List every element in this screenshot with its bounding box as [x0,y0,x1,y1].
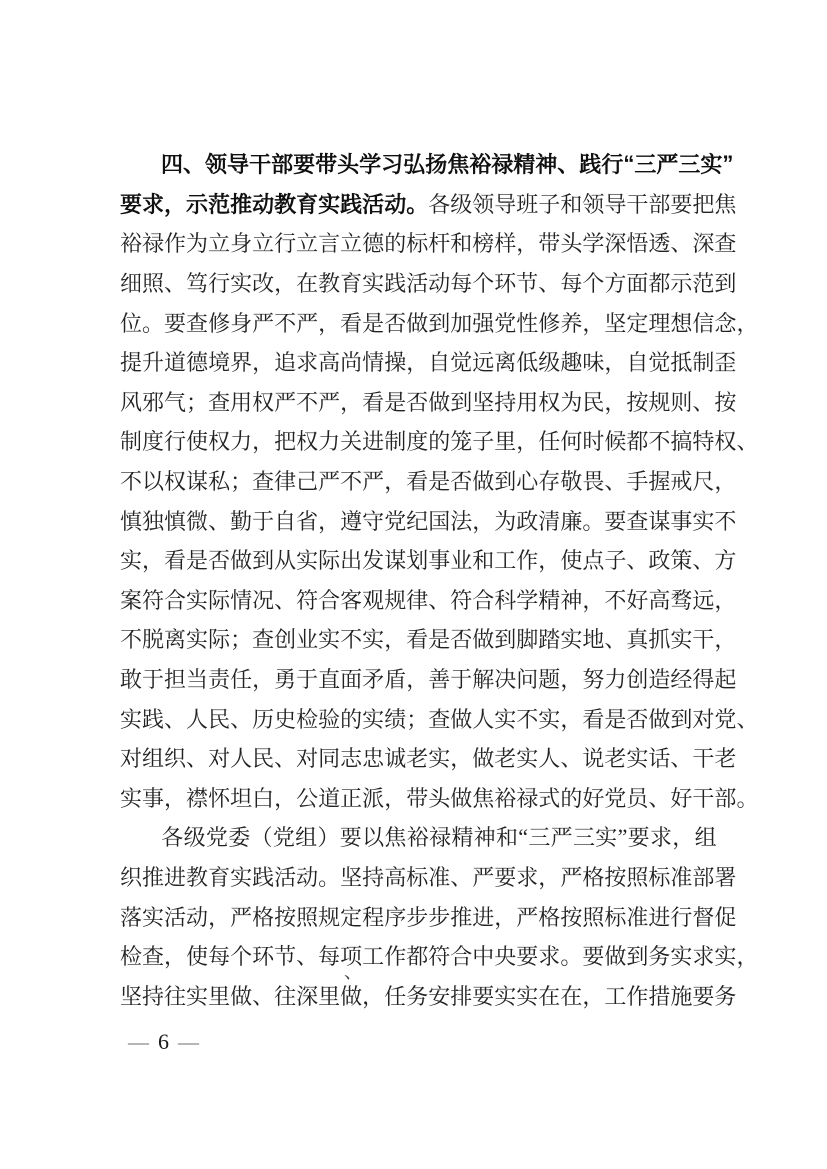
body-glyph: ， [516,425,538,456]
body-glyph: 道 [318,782,340,813]
body-glyph: 理 [648,307,670,338]
heading-glyph: 活 [362,188,384,219]
body-glyph: 搞 [670,425,692,456]
heading-glyph: “ [623,151,634,177]
body-glyph: 言 [318,227,340,258]
body-glyph: 到 [626,940,648,971]
text-line: 实，看是否做到从实际出发谋划事业和工作，使点子、政策、方 [120,540,717,580]
body-glyph: ， [604,346,626,377]
body-glyph: 使 [186,425,208,456]
body-glyph: 。 [736,782,758,813]
body-glyph: 里 [208,980,230,1011]
body-glyph: 要 [692,980,714,1011]
body-glyph: 做 [472,742,494,773]
heading-glyph: 习 [381,148,403,179]
body-glyph: 节 [516,267,538,298]
body-glyph: 级 [538,346,560,377]
body-glyph: 实 [538,703,560,734]
body-glyph: 问 [516,663,538,694]
body-glyph: 民 [252,742,274,773]
body-glyph: 务 [648,940,670,971]
body-glyph: 创 [626,663,648,694]
body-glyph: 查 [714,227,736,258]
heading-glyph: 践 [340,188,362,219]
body-glyph: 要 [670,188,692,219]
body-glyph: 。 [318,861,340,892]
body-glyph: 组 [295,821,317,852]
body-glyph: 和 [496,821,518,852]
body-glyph: 追 [274,346,296,377]
body-glyph: 史 [274,703,296,734]
body-glyph: 看 [164,544,186,575]
body-glyph: 人 [186,703,208,734]
body-glyph: 程 [362,901,384,932]
body-glyph: 歪 [714,346,736,377]
body-glyph: 从 [274,544,296,575]
body-glyph: 点 [582,544,604,575]
text-line: 制度行使权力，把权力关进制度的笼子里，任何时候都不搞特权、 [120,421,717,461]
body-glyph: 。 [560,940,582,971]
body-glyph: 到 [494,465,516,496]
body-glyph: ， [450,742,472,773]
heading-glyph: 神 [535,148,557,179]
body-glyph: 坚 [472,386,494,417]
body-glyph: ， [538,544,560,575]
text-line: 敢于担当责任，勇于直面矛盾，善于解决问题，努力创造经得起 [120,659,717,699]
body-glyph: 到 [714,267,736,298]
body-glyph: 党 [384,505,406,536]
body-glyph: 动 [428,267,450,298]
body-glyph: 式 [538,782,560,813]
body-glyph: 为 [560,386,582,417]
heading-glyph: 领 [205,148,227,179]
body-glyph: 个 [582,267,604,298]
body-glyph: 是 [428,623,450,654]
body-glyph: 担 [164,663,186,694]
body-glyph: 照 [626,861,648,892]
body-glyph: 微 [186,505,208,536]
body-glyph: 于 [142,663,164,694]
body-glyph: 符 [142,584,164,615]
body-glyph: 实 [362,703,384,734]
body-glyph: 志 [340,742,362,773]
heading-glyph: 三 [678,148,700,179]
body-glyph: 任 [384,980,406,1011]
body-glyph: 在 [296,267,318,298]
body-glyph: 的 [560,782,582,813]
body-glyph: 践 [252,861,274,892]
body-glyph: 。 [582,505,604,536]
body-glyph: 严 [560,861,582,892]
body-glyph: 、 [252,980,274,1011]
body-glyph: 对 [692,703,714,734]
document-page: 四、领导干部要带头学习弘扬焦裕禄精神、践行“三严三实”要求，示范推动教育实践活动… [0,0,827,1169]
body-glyph: 实 [120,782,142,813]
body-glyph: 客 [340,584,362,615]
body-glyph: 禄 [429,821,451,852]
body-glyph: 环 [494,267,516,298]
body-glyph: 否 [208,544,230,575]
body-glyph: 私 [208,465,230,496]
page-number: 6 [158,1029,169,1055]
body-glyph: 老 [604,742,626,773]
stray-pause-mark: 、 [344,958,362,984]
body-glyph: 、 [692,386,714,417]
body-glyph: 部 [692,861,714,892]
body-glyph: 脚 [516,623,538,654]
body-glyph: 做 [604,940,626,971]
body-glyph: 低 [516,346,538,377]
text-line: 四、领导干部要带头学习弘扬焦裕禄精神、践行“三严三实” [120,144,717,184]
heading-glyph: ， [164,188,186,219]
body-glyph: 党 [604,782,626,813]
body-glyph: “ [518,824,528,850]
body-glyph: 查 [186,307,208,338]
body-glyph: 严 [230,901,252,932]
page-footer: — 6 — [128,1029,199,1055]
body-glyph: 照 [142,267,164,298]
body-glyph: 行 [670,901,692,932]
body-glyph: 进 [648,901,670,932]
body-glyph: 规 [384,584,406,615]
text-line: 提升道德境界，追求高尚情操，自觉远离低级趣味，自觉抵制歪 [120,342,717,382]
body-glyph: 做 [340,980,362,1011]
body-glyph: 员 [626,782,648,813]
body-glyph: ， [318,505,340,536]
body-glyph: 干 [692,742,714,773]
body-glyph: 活 [406,267,428,298]
heading-glyph: 严 [656,148,678,179]
body-glyph: 每 [208,940,230,971]
body-glyph: ； [230,465,252,496]
body-glyph: ） [317,821,339,852]
body-glyph: 实 [362,623,384,654]
body-glyph: 律 [274,465,296,496]
body-glyph: 对 [208,742,230,773]
body-glyph: 立 [252,227,274,258]
heading-glyph: 动 [252,188,274,219]
body-glyph: 地 [582,623,604,654]
body-glyph: 到 [252,544,274,575]
body-glyph: 老 [714,742,736,773]
text-line: 织推进教育实践活动。坚持高标准、严要求，严格按照标准部署 [120,857,717,897]
body-glyph: 三 [528,821,550,852]
body-glyph: 尺 [692,465,714,496]
text-line: 检查，使每个环节、每项工作都符合中央要求。要做到务实求实， [120,936,717,976]
body-glyph: 、 [736,425,758,456]
body-glyph: 解 [472,663,494,694]
body-glyph: ， [714,623,736,654]
text-line: 风邪气；查用权严不严，看是否做到坚持用权为民，按规则、按 [120,382,717,422]
body-glyph: 制 [120,425,142,456]
body-glyph: 权 [296,425,318,456]
body-glyph: 派 [362,782,384,813]
body-glyph: 看 [406,623,428,654]
body-glyph: 带 [538,227,560,258]
body-glyph: 脱 [142,623,164,654]
body-glyph: 人 [538,742,560,773]
body-glyph: 到 [494,623,516,654]
body-glyph: 求 [650,821,672,852]
body-glyph: 不 [516,703,538,734]
body-glyph: 味 [582,346,604,377]
body-glyph: 级 [184,821,206,852]
text-line: 不脱离实际；查创业实不实，看是否做到脚踏实地、真抓实干， [120,619,717,659]
body-glyph: 到 [428,307,450,338]
body-glyph: 合 [472,584,494,615]
heading-glyph: 精 [513,148,535,179]
body-glyph: 都 [626,425,648,456]
body-glyph: 直 [318,663,340,694]
body-glyph: 署 [714,861,736,892]
body-glyph: 白 [252,782,274,813]
body-glyph: 业 [450,544,472,575]
body-glyph: 实 [670,940,692,971]
body-glyph: 养 [560,307,582,338]
body-glyph: 每 [450,267,472,298]
body-glyph: 方 [604,267,626,298]
body-glyph: 襟 [186,782,208,813]
body-glyph: 准 [428,861,450,892]
body-glyph: 对 [120,742,142,773]
body-glyph: 推 [142,861,164,892]
body-glyph: 信 [692,307,714,338]
body-glyph: 面 [626,267,648,298]
body-glyph: 道 [164,346,186,377]
body-glyph: ， [252,663,274,694]
body-glyph: 度 [142,425,164,456]
body-glyph: 禄 [516,782,538,813]
body-glyph: 谋 [186,465,208,496]
body-glyph: ， [736,307,758,338]
heading-glyph: 要 [293,148,315,179]
body-glyph: 绩 [384,703,406,734]
body-glyph: 实 [516,742,538,773]
body-glyph: 、 [428,584,450,615]
body-glyph: 政 [516,505,538,536]
body-glyph: 格 [252,901,274,932]
body-glyph: 实 [142,901,164,932]
body-glyph: 作 [384,940,406,971]
body-glyph: 神 [474,821,496,852]
body-glyph: 使 [560,544,582,575]
body-glyph: 促 [714,901,736,932]
body-glyph: 合 [450,940,472,971]
body-glyph: 老 [406,742,428,773]
body-glyph: 尚 [340,346,362,377]
body-glyph: 忠 [362,742,384,773]
body-glyph: 严 [252,307,274,338]
body-glyph: 骛 [670,584,692,615]
body-glyph: 是 [384,386,406,417]
body-glyph: 和 [472,544,494,575]
body-glyph: 工 [604,980,626,1011]
body-glyph: 己 [296,465,318,496]
heading-glyph: 践 [579,148,601,179]
body-glyph: 存 [538,465,560,496]
body-glyph: 抓 [648,623,670,654]
text-line: 位。要查修身严不严，看是否做到加强党性修养，坚定理想信念， [120,302,717,342]
body-glyph: 到 [450,386,472,417]
body-glyph: 范 [692,267,714,298]
body-glyph: 导 [604,188,626,219]
body-glyph: ， [604,386,626,417]
body-glyph: 科 [494,584,516,615]
body-glyph: 以 [362,821,384,852]
body-glyph: ” [618,824,628,850]
body-glyph: 、 [274,742,296,773]
body-glyph: 畏 [582,465,604,496]
body-glyph: 织 [120,861,142,892]
body-glyph: 修 [208,307,230,338]
body-glyph: 笃 [186,267,208,298]
body-glyph: 查 [252,623,274,654]
body-glyph: 造 [648,663,670,694]
body-glyph: 焦 [384,821,406,852]
text-line: 慎独慎微、勤于自省，遵守党纪国法，为政清廉。要查谋事实不 [120,500,717,540]
body-glyph: 觉 [450,346,472,377]
heading-glyph: 实 [318,188,340,219]
body-glyph: 都 [406,940,428,971]
body-glyph: 改 [252,267,274,298]
body-glyph: 符 [296,584,318,615]
text-line: 细照、笃行实改，在教育实践活动每个环节、每个方面都示范到 [120,263,717,303]
body-glyph: 做 [406,307,428,338]
body-glyph: 怀 [208,782,230,813]
body-glyph: 格 [538,901,560,932]
body-glyph: 求 [538,940,560,971]
body-glyph: 每 [560,267,582,298]
body-glyph: 符 [428,940,450,971]
body-glyph: ， [560,663,582,694]
body-glyph: 任 [230,663,252,694]
body-glyph: 级 [450,188,472,219]
body-glyph: 学 [516,584,538,615]
body-glyph: 不 [296,386,318,417]
body-glyph: 安 [428,980,450,1011]
body-glyph: 定 [340,901,362,932]
heading-glyph: 、 [557,148,579,179]
body-glyph: 以 [142,465,164,496]
body-glyph: 实 [560,623,582,654]
body-glyph: 、 [560,742,582,773]
body-glyph: ， [560,703,582,734]
body-glyph: 标 [648,861,670,892]
body-glyph: 标 [406,861,428,892]
body-glyph: 查 [252,465,274,496]
body-glyph: 干 [692,782,714,813]
body-glyph: 权 [714,425,736,456]
body-glyph: 学 [582,227,604,258]
body-glyph: 自 [274,505,296,536]
body-glyph: 国 [428,505,450,536]
heading-glyph: ” [722,151,733,177]
body-glyph: 深 [604,227,626,258]
body-glyph: 织 [164,742,186,773]
body-glyph: 子 [472,425,494,456]
body-glyph: 何 [560,425,582,456]
body-glyph: 情 [230,584,252,615]
body-glyph: 立 [208,227,230,258]
body-glyph: 做 [472,623,494,654]
body-glyph: 发 [362,544,384,575]
body-glyph: 、 [626,544,648,575]
body-glyph: 党 [206,821,228,852]
body-glyph: 看 [340,307,362,338]
body-glyph: 践 [142,703,164,734]
body-glyph: 往 [164,980,186,1011]
body-glyph: 实 [692,505,714,536]
body-glyph: 党 [273,821,295,852]
body-glyph: 事 [142,782,164,813]
body-glyph: 符 [450,584,472,615]
body-glyph: 真 [626,623,648,654]
body-glyph: 离 [494,346,516,377]
body-glyph: 活 [274,861,296,892]
body-glyph: 做 [428,386,450,417]
body-glyph: 查 [208,386,230,417]
body-glyph: 严 [472,861,494,892]
body-glyph: 和 [560,188,582,219]
body-glyph: ， [406,663,428,694]
body-glyph: ， [582,584,604,615]
body-glyph: 要 [472,980,494,1011]
body-glyph: 活 [164,901,186,932]
body-glyph: 谋 [648,505,670,536]
body-glyph: 力 [604,663,626,694]
text-line: 对组织、对人民、对同志忠诚老实，做老实人、说老实话、干老 [120,738,717,778]
body-glyph: ， [384,623,406,654]
body-glyph: 自 [626,346,648,377]
body-glyph: 按 [604,861,626,892]
body-glyph: 遵 [340,505,362,536]
body-glyph: 身 [230,307,252,338]
body-glyph: 求 [516,861,538,892]
body-glyph: 行 [208,267,230,298]
body-glyph: 精 [451,821,473,852]
body-glyph: 在 [560,980,582,1011]
body-glyph: ， [384,465,406,496]
heading-glyph: 示 [186,188,208,219]
body-glyph: 持 [494,386,516,417]
body-glyph: 否 [406,386,428,417]
body-glyph: 权 [252,386,274,417]
body-glyph: 则 [670,386,692,417]
body-glyph: 踏 [538,623,560,654]
body-glyph: 、 [692,544,714,575]
body-glyph: 严 [274,386,296,417]
body-glyph: 、 [648,782,670,813]
heading-glyph: 要 [120,188,142,219]
body-glyph: 标 [406,227,428,258]
body-glyph: 按 [714,386,736,417]
body-glyph: 立 [296,227,318,258]
text-line: 实事，襟怀坦白，公道正派，带头做焦裕禄式的好党员、好干部。 [120,778,717,818]
body-glyph: 责 [208,663,230,694]
body-glyph: 求 [296,346,318,377]
body-glyph: 观 [362,584,384,615]
body-glyph: 德 [186,346,208,377]
body-glyph: 严 [318,465,340,496]
body-glyph: 实 [120,703,142,734]
text-line: 实践、人民、历史检验的实绩；查做人实不实，看是否做到对党、 [120,698,717,738]
body-glyph: 业 [296,623,318,654]
body-glyph: 民 [208,703,230,734]
footer-dash-left: — [128,1029,149,1055]
body-glyph: 裕 [494,782,516,813]
text-line: 坚持往实里做、往深里做，任务安排要实实在在，工作措施要务 [120,975,717,1015]
body-glyph: 、 [296,940,318,971]
